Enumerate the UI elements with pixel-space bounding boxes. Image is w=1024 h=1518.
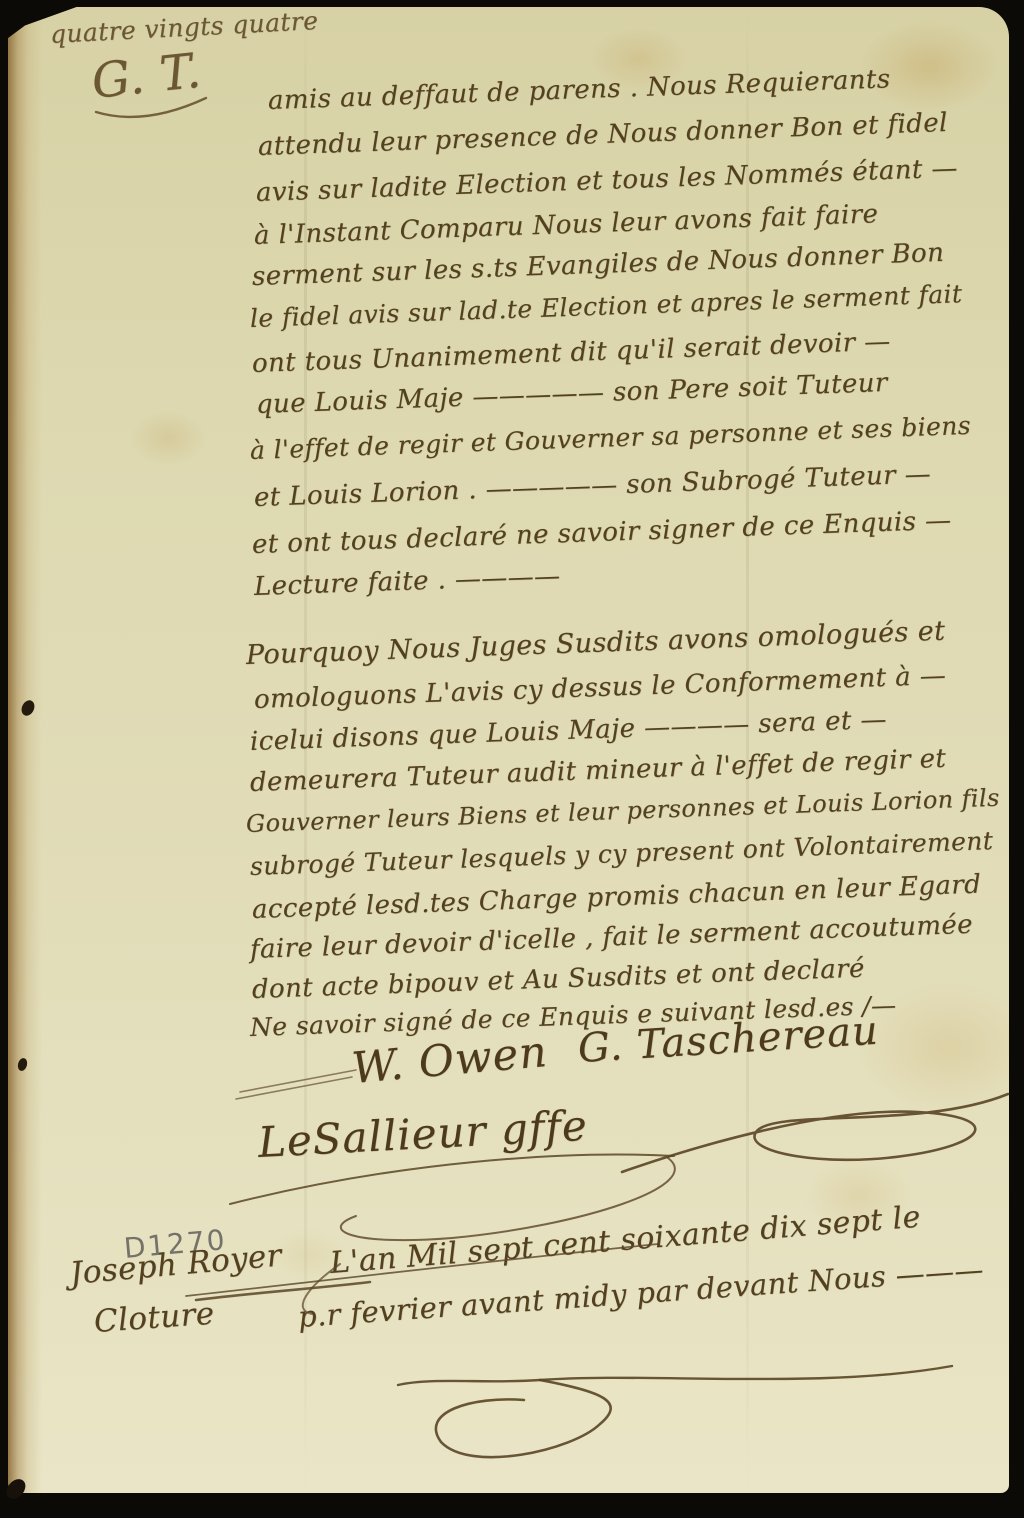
scanned-manuscript-page: { "doc": { "margin": { "page_number_word… xyxy=(0,0,1024,1518)
margin-initials: G. T. xyxy=(89,43,204,110)
